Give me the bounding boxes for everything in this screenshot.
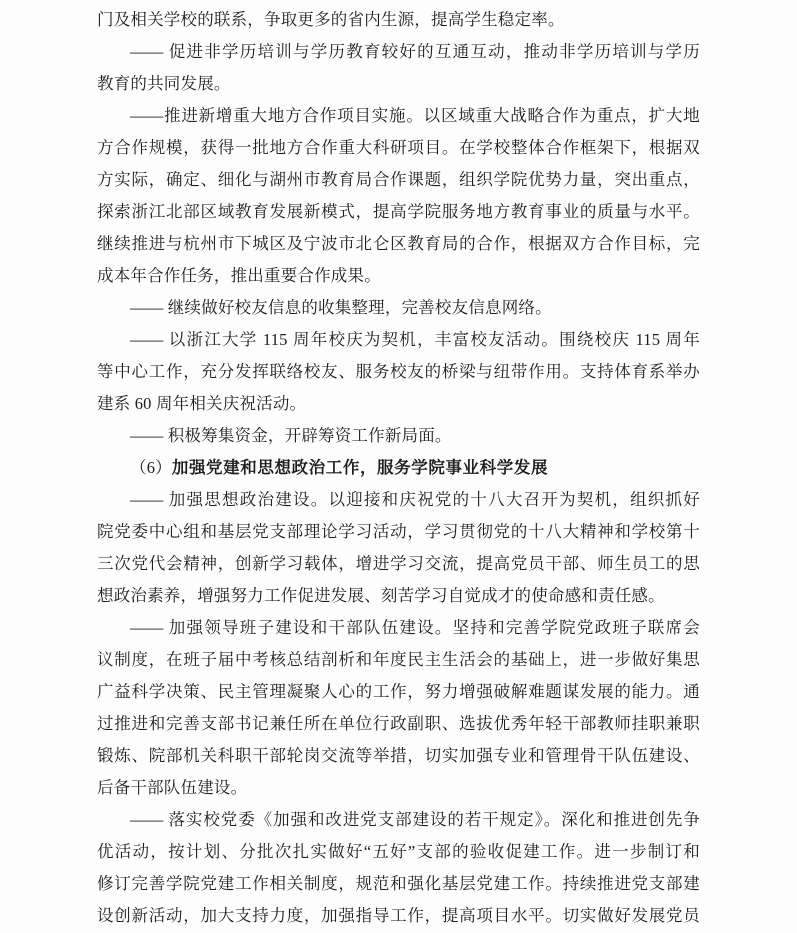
- document-line: 想政治素养，增强努力工作促进发展、刻苦学习自觉成才的使命感和责任感。: [97, 580, 700, 612]
- document-line: 设创新活动，加大支持力度，加强指导工作，提高项目水平。切实做好发展党员: [97, 900, 700, 932]
- document-line: —— 积极筹集资金，开辟筹资工作新局面。: [97, 420, 700, 452]
- document-line: 后备干部队伍建设。: [97, 772, 700, 804]
- document-line: 修订完善学院党建工作相关制度，规范和强化基层党建工作。持续推进党支部建: [97, 868, 700, 900]
- document-line: —— 落实校党委《加强和改进党支部建设的若干规定》。深化和推进创先争: [97, 804, 700, 836]
- document-line: 过推进和完善支部书记兼任所在单位行政副职、选拔优秀年轻干部教师挂职兼职: [97, 708, 700, 740]
- document-line: 建系 60 周年相关庆祝活动。: [97, 388, 700, 420]
- document-line: 方实际，确定、细化与湖州市教育局合作课题，组织学院优势力量，突出重点，: [97, 164, 700, 196]
- document-line: 三次党代会精神，创新学习载体，增进学习交流，提高党员干部、师生员工的思: [97, 548, 700, 580]
- section-heading-text: 加强党建和思想政治工作，服务学院事业科学发展: [172, 458, 548, 477]
- document-line: 广益科学决策、民主管理凝聚人心的工作，努力增强破解难题谋发展的能力。通: [97, 676, 700, 708]
- document-line: 院党委中心组和基层党支部理论学习活动，学习贯彻党的十八大精神和学校第十: [97, 516, 700, 548]
- section-number: （6）: [130, 458, 172, 477]
- document-line: 继续推进与杭州市下城区及宁波市北仑区教育局的合作，根据双方合作目标，完: [97, 228, 700, 260]
- document-line: —— 加强领导班子建设和干部队伍建设。坚持和完善学院党政班子联席会: [97, 612, 700, 644]
- document-line: 锻炼、院部机关科职干部轮岗交流等举措，切实加强专业和管理骨干队伍建设、: [97, 740, 700, 772]
- document-line: —— 促进非学历培训与学历教育较好的互通互动，推动非学历培训与学历: [97, 36, 700, 68]
- document-line: 门及相关学校的联系，争取更多的省内生源，提高学生稳定率。: [97, 4, 700, 36]
- document-line: 探索浙江北部区域教育发展新模式，提高学院服务地方教育事业的质量与水平。: [97, 196, 700, 228]
- document-line: —— 继续做好校友信息的收集整理，完善校友信息网络。: [97, 292, 700, 324]
- document-line: 方合作规模，获得一批地方合作重大科研项目。在学校整体合作框架下，根据双: [97, 132, 700, 164]
- document-line: 成本年合作任务，推出重要合作成果。: [97, 260, 700, 292]
- document-line: 优活动，按计划、分批次扎实做好“五好”支部的验收促建工作。进一步制订和: [97, 836, 700, 868]
- document-line: 议制度，在班子届中考核总结剖析和年度民主生活会的基础上，进一步做好集思: [97, 644, 700, 676]
- document-line: 等中心工作，充分发挥联络校友、服务校友的桥梁与纽带作用。支持体育系举办: [97, 356, 700, 388]
- section-heading-6: （6）加强党建和思想政治工作，服务学院事业科学发展: [97, 452, 700, 484]
- document-page: 门及相关学校的联系，争取更多的省内生源，提高学生稳定率。 —— 促进非学历培训与…: [0, 0, 797, 933]
- document-line: —— 以浙江大学 115 周年校庆为契机，丰富校友活动。围绕校庆 115 周年: [97, 324, 700, 356]
- document-line: 教育的共同发展。: [97, 68, 700, 100]
- document-line: —— 加强思想政治建设。以迎接和庆祝党的十八大召开为契机，组织抓好: [97, 484, 700, 516]
- document-line: ——推进新增重大地方合作项目实施。以区域重大战略合作为重点，扩大地: [97, 100, 700, 132]
